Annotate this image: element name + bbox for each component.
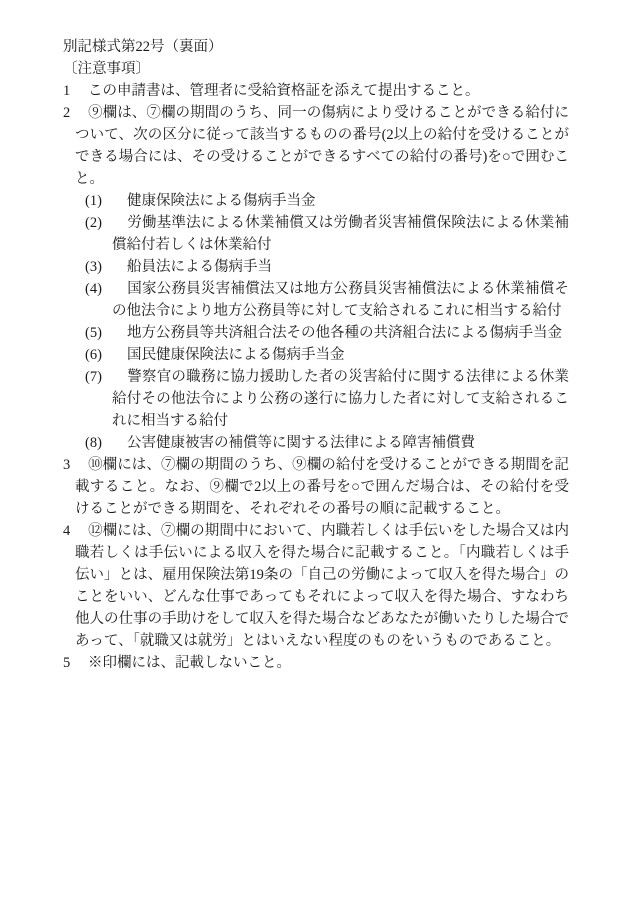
sub-item-number: (2) xyxy=(85,212,127,234)
sub-item-number: (6) xyxy=(85,344,127,366)
item-number: 1 xyxy=(63,80,88,102)
note-item-2: 2⑨欄は、⑦欄の期間のうち、同一の傷病により受けることができる給付について、次の… xyxy=(63,102,569,190)
sub-item-text: 公害健康被害の補償等に関する法律による障害補償費 xyxy=(127,435,475,451)
item-text: ⑫欄には、⑦欄の期間中において、内職若しくは手伝いをした場合又は内職若しくは手伝… xyxy=(75,523,569,649)
sub-item-text: 船員法による傷病手当 xyxy=(127,259,272,275)
sub-item-2: (2)労働基準法による休業補償又は労働者災害補償保険法による休業補償給付若しくは… xyxy=(63,212,569,256)
item-number: 2 xyxy=(63,102,88,124)
sub-item-text: 警察官の職務に協力援助した者の災害給付に関する法律による休業給付その他法令により… xyxy=(112,369,569,429)
item-text: この申請書は、管理者に受給資格証を添えて提出すること。 xyxy=(88,83,480,99)
note-item-5: 5※印欄には、記載しないこと。 xyxy=(63,652,569,674)
note-item-1: 1この申請書は、管理者に受給資格証を添えて提出すること。 xyxy=(63,80,569,102)
note-item-4: 4⑫欄には、⑦欄の期間中において、内職若しくは手伝いをした場合又は内職若しくは手… xyxy=(63,520,569,652)
sub-item-text: 労働基準法による休業補償又は労働者災害補償保険法による休業補償給付若しくは休業給… xyxy=(112,215,569,253)
item-text: ⑨欄は、⑦欄の期間のうち、同一の傷病により受けることができる給付について、次の区… xyxy=(75,105,569,187)
sub-item-text: 国家公務員災害補償法又は地方公務員災害補償法による休業補償その他法令により地方公… xyxy=(112,281,569,319)
sub-item-4: (4)国家公務員災害補償法又は地方公務員災害補償法による休業補償その他法令により… xyxy=(63,278,569,322)
sub-item-number: (5) xyxy=(85,322,127,344)
sub-item-1: (1)健康保険法による傷病手当金 xyxy=(63,190,569,212)
item-text: ※印欄には、記載しないこと。 xyxy=(88,655,291,671)
form-title: 別記様式第22号（裏面） xyxy=(63,36,569,58)
notes-heading: 〔注意事項〕 xyxy=(63,58,569,80)
item-number: 4 xyxy=(63,520,88,542)
sub-item-text: 地方公務員等共済組合法その他各種の共済組合法による傷病手当金 xyxy=(127,325,562,341)
sub-item-text: 国民健康保険法による傷病手当金 xyxy=(127,347,345,363)
item-number: 5 xyxy=(63,652,88,674)
notes-content: 別記様式第22号（裏面） 〔注意事項〕 1この申請書は、管理者に受給資格証を添え… xyxy=(63,36,569,674)
sub-item-8: (8)公害健康被害の補償等に関する法律による障害補償費 xyxy=(63,432,569,454)
sub-item-text: 健康保険法による傷病手当金 xyxy=(127,193,316,209)
sub-item-6: (6)国民健康保険法による傷病手当金 xyxy=(63,344,569,366)
note-item-3: 3⑩欄には、⑦欄の期間のうち、⑨欄の給付を受けることができる期間を記載すること。… xyxy=(63,454,569,520)
sub-item-number: (3) xyxy=(85,256,127,278)
sub-item-number: (8) xyxy=(85,432,127,454)
sub-item-number: (1) xyxy=(85,190,127,212)
sub-item-5: (5)地方公務員等共済組合法その他各種の共済組合法による傷病手当金 xyxy=(63,322,569,344)
sub-item-number: (7) xyxy=(85,366,127,388)
sub-item-number: (4) xyxy=(85,278,127,300)
document-page: 別記様式第22号（裏面） 〔注意事項〕 1この申請書は、管理者に受給資格証を添え… xyxy=(0,0,630,903)
item-text: ⑩欄には、⑦欄の期間のうち、⑨欄の給付を受けることができる期間を記載すること。な… xyxy=(75,457,569,517)
sub-item-3: (3)船員法による傷病手当 xyxy=(63,256,569,278)
sub-item-7: (7)警察官の職務に協力援助した者の災害給付に関する法律による休業給付その他法令… xyxy=(63,366,569,432)
item-number: 3 xyxy=(63,454,88,476)
